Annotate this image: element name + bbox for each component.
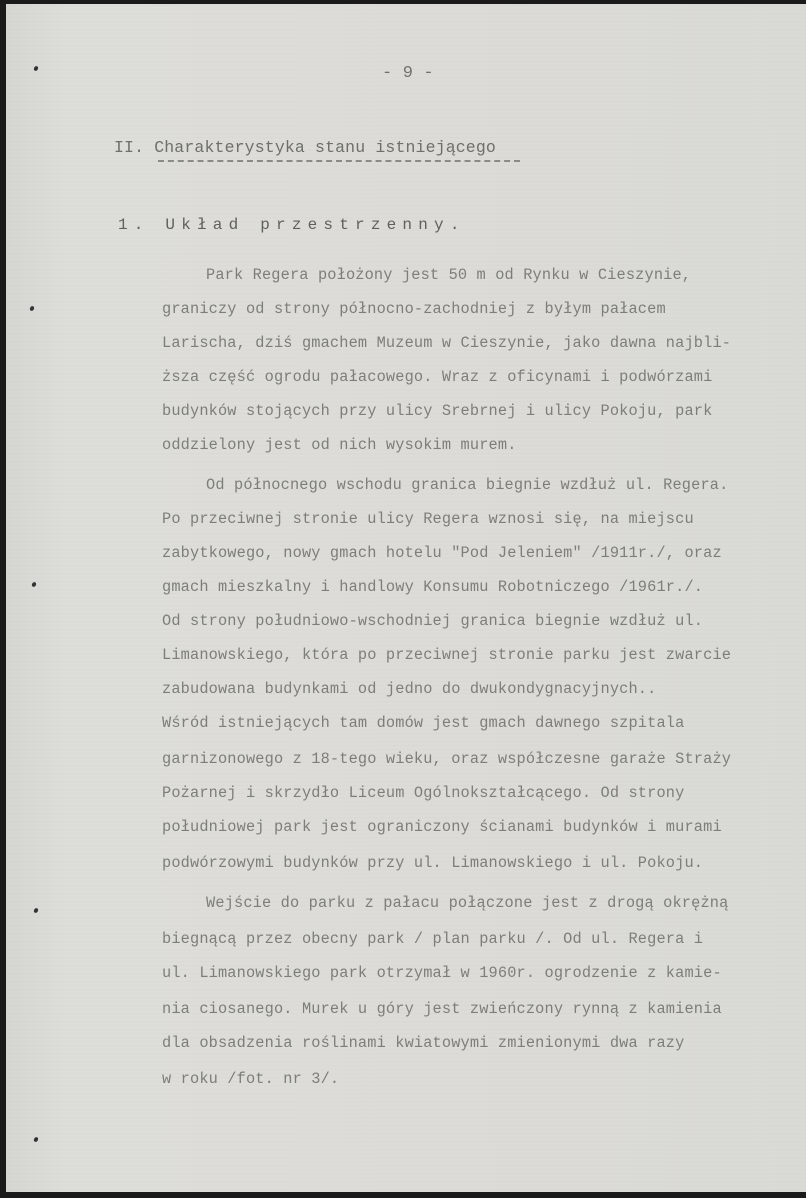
text-line: Od północnego wschodu granica biegnie wz…	[206, 476, 728, 494]
text-line: oddzielony jest od nich wysokim murem.	[162, 436, 517, 454]
text-line: nia ciosanego. Murek u góry jest zwieńcz…	[162, 1000, 722, 1018]
text-line: Limanowskiego, która po przeciwnej stron…	[162, 646, 731, 664]
text-line: Po przeciwnej stronie ulicy Regera wznos…	[162, 510, 694, 528]
text-line: graniczy od strony północno-zachodniej z…	[162, 300, 666, 318]
punch-hole-mark	[31, 581, 37, 587]
text-line: Wejście do parku z pałacu połączone jest…	[206, 894, 728, 912]
page-number: - 9 -	[382, 64, 434, 83]
text-line: zabudowana budynkami od jedno do dwukond…	[162, 680, 656, 698]
subsection-title: 1. Układ przestrzenny.	[118, 216, 466, 234]
text-line: zabytkowego, nowy gmach hotelu "Pod Jele…	[162, 544, 722, 562]
section-title-underline	[158, 160, 520, 162]
text-line: Larischa, dziś gmachem Muzeum w Cieszyni…	[162, 334, 731, 352]
punch-hole-mark	[33, 1136, 39, 1142]
text-line: Park Regera położony jest 50 m od Rynku …	[206, 266, 691, 284]
section-title: II. Charakterystyka stanu istniejącego	[114, 138, 496, 157]
text-line: budynków stojących przy ulicy Srebrnej i…	[162, 402, 712, 420]
text-line: podwórzowymi budynków przy ul. Limanowsk…	[162, 854, 703, 872]
text-line: ul. Limanowskiego park otrzymał w 1960r.…	[162, 964, 722, 982]
text-line: Pożarnej i skrzydło Liceum Ogólnokształc…	[162, 784, 684, 802]
punch-hole-mark	[33, 907, 39, 913]
text-line: ższa część ogrodu pałacowego. Wraz z ofi…	[162, 368, 712, 386]
punch-hole-mark	[29, 305, 35, 311]
text-line: południowej park jest ograniczony ściana…	[162, 818, 722, 836]
text-line: gmach mieszkalny i handlowy Konsumu Robo…	[162, 578, 703, 596]
text-line: w roku /fot. nr 3/.	[162, 1070, 339, 1088]
text-line: dla obsadzenia roślinami kwiatowymi zmie…	[162, 1034, 684, 1052]
text-line: biegnącą przez obecny park / plan parku …	[162, 930, 703, 948]
text-line: Wśród istniejących tam domów jest gmach …	[162, 714, 684, 732]
document-page: - 9 - II. Charakterystyka stanu istnieją…	[6, 4, 806, 1192]
punch-hole-mark	[33, 65, 39, 71]
text-line: Od strony południowo-wschodniej granica …	[162, 612, 703, 630]
text-line: garnizonowego z 18-tego wieku, oraz wspó…	[162, 750, 731, 768]
